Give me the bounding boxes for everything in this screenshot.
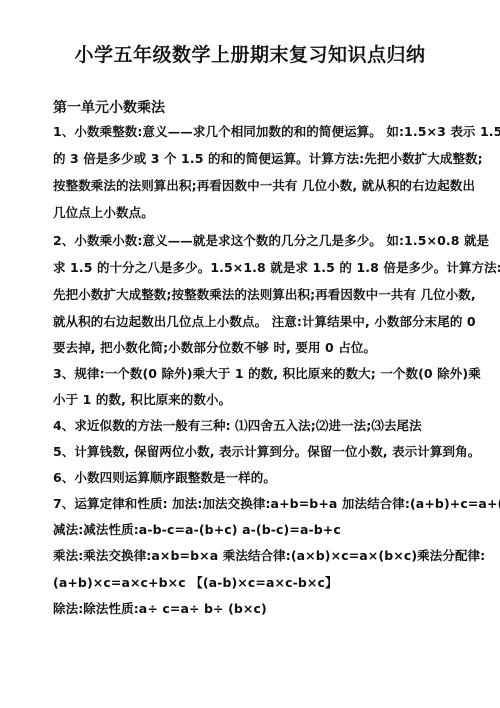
- text-line: 要去掉, 把小数化简;小数部分位数不够 时, 要用 0 占位。: [53, 340, 376, 356]
- text-line: 2、小数乘小数:意义——就是求这个数的几分之几是多少。 如:1.5×0.8 就是: [53, 233, 489, 249]
- text-line: 的 3 倍是多少或 3 个 1.5 的和的简便运算。计算方法:先把小数扩大成整数…: [53, 151, 483, 167]
- section-heading: 第一单元小数乘法: [53, 97, 165, 117]
- text-line: (a+b)×c=a×c+b×c 【(a-b)×c=a×c-b×c】: [53, 575, 338, 591]
- text-line: 就从积的右边起数出几位点上小数点。 注意:计算结果中, 小数部分末尾的 0: [53, 314, 476, 330]
- text-line: 乘法:乘法交换律:a×b=b×a 乘法结合律:(a×b)×c=a×(b×c)乘法…: [53, 548, 485, 564]
- text-line: 3、规律:一个数(0 除外)乘大于 1 的数, 积比原来的数大; 一个数(0 除…: [53, 366, 481, 382]
- text-line: 7、运算定律和性质: 加法:加法交换律:a+b=b+a 加法结合律:(a+b)+…: [53, 496, 500, 512]
- text-line: 5、计算钱数, 保留两位小数, 表示计算到分。保留一位小数, 表示计算到角。: [53, 444, 480, 460]
- text-line: 几位点上小数点。: [53, 205, 154, 221]
- document-title: 小学五年级数学上册期末复习知识点归纳: [0, 40, 500, 67]
- text-line: 1、小数乘整数:意义——求几个相同加数的和的简便运算。 如:1.5×3 表示 1…: [53, 124, 500, 140]
- text-line: 求 1.5 的十分之八是多少。1.5×1.8 就是求 1.5 的 1.8 倍是多…: [53, 260, 500, 276]
- text-line: 4、求近似数的方法一般有三种: ⑴四舍五入法;⑵进一法;⑶去尾法: [53, 418, 422, 434]
- text-line: 先把小数扩大成整数;按整数乘法的法则算出积;再看因数中一共有 几位小数,: [53, 287, 476, 303]
- text-line: 除法:除法性质:a÷ c=a÷ b÷ (b×c): [53, 601, 267, 617]
- text-line: 减法:减法性质:a-b-c=a-(b+c) a-(b-c)=a-b+c: [53, 522, 341, 538]
- text-line: 6、小数四则运算顺序跟整数是一样的。: [53, 470, 276, 486]
- text-line: 小于 1 的数, 积比原来的数小。: [53, 392, 231, 408]
- text-line: 按整数乘法的法则算出积;再看因数中一共有 几位小数, 就从积的右边起数出: [53, 178, 475, 194]
